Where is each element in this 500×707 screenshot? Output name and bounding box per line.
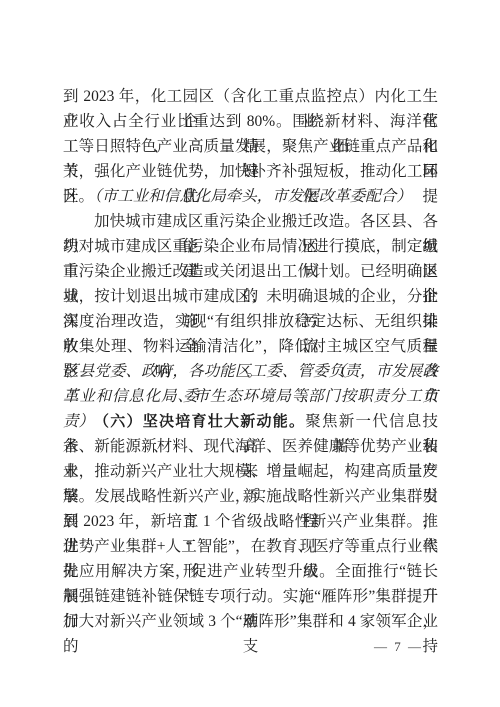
text-line: 织对城市建成区重污染企业布局情况进行摸底，制定城市建成区: [63, 234, 438, 259]
text-line: 深度治理改造，实现“有组织排放稳定达标、无组织排放全流程: [63, 309, 438, 334]
text-line: 收集处理、物料运输清洁化”，降低对主城区空气质量影响。（各: [63, 334, 438, 359]
text-line: 到 2023 年，新培育 1 个省级战略性新兴产业集群。推进“现代: [63, 509, 438, 534]
text-segment-normal: 升。: [63, 188, 94, 205]
text-segment-bold: （六）坚决培育壮大新动能。: [94, 413, 305, 430]
text-line: 工等日照特色产业高质量发展，聚焦产业链重点产品和关键环: [63, 134, 438, 159]
text-line: 节，强化产业链优势，加快补齐补强短板，推动化工园区优化提: [63, 159, 438, 184]
page-number: — 7 —: [374, 638, 423, 656]
text-line: 重污染企业搬迁改造或关闭退出工作计划。已经明确退城的企: [63, 259, 438, 284]
text-line: （六）坚决培育壮大新动能。聚焦新一代信息技术、高端装: [63, 409, 438, 434]
text-line: 批应用解决方案，促进产业转型升级。全面推行“链长制”，开: [63, 559, 438, 584]
text-line: 业，按计划退出城市建成区；未明确退城的企业，分批实施污染: [63, 284, 438, 309]
text-line: 区县党委、政府，各功能区工委、管委负责，市发展改革委、市: [63, 359, 438, 384]
text-line: 业，推动新兴产业壮大规模、增量崛起，构建高质量发展新引: [63, 459, 438, 484]
text-line: 业收入占全行业比重达到 80%。围绕新材料、海洋化工、精细化: [63, 109, 438, 134]
text-line: 备、新能源新材料、现代海洋、医养健康等优势产业和未来产: [63, 434, 438, 459]
text-line: 擎。发展战略性新兴产业，实施战略性新兴产业集群发展工程，: [63, 484, 438, 509]
document-body: 到 2023 年，化工园区（含化工重点监控点）内化工生产企业营业收入占全行业比重…: [63, 84, 438, 634]
text-segment-kai: （市工业和信息化局牵头，市发展改革委配合）: [94, 188, 412, 205]
text-line: 加快城市建成区重污染企业搬迁改造。各区县、各功能区组: [63, 209, 438, 234]
text-line: 工业和信息化局、市生态环境局等部门按职责分工负责）: [63, 384, 438, 409]
text-line: 加大对新兴产业领域 3 个“雁阵形”集群和 4 家领军企业的支持: [63, 609, 438, 634]
text-line: 升。（市工业和信息化局牵头，市发展改革委配合）: [63, 184, 438, 209]
text-line: 优势产业集群+人工智能”，在教育、医疗等重点行业率先形成一: [63, 534, 438, 559]
text-line: 展强链建链补链保链专项行动。实施“雁阵形”集群提升行动，: [63, 584, 438, 609]
document-page: 到 2023 年，化工园区（含化工重点监控点）内化工生产企业营业收入占全行业比重…: [0, 0, 500, 707]
text-line: 到 2023 年，化工园区（含化工重点监控点）内化工生产企业营: [63, 84, 438, 109]
